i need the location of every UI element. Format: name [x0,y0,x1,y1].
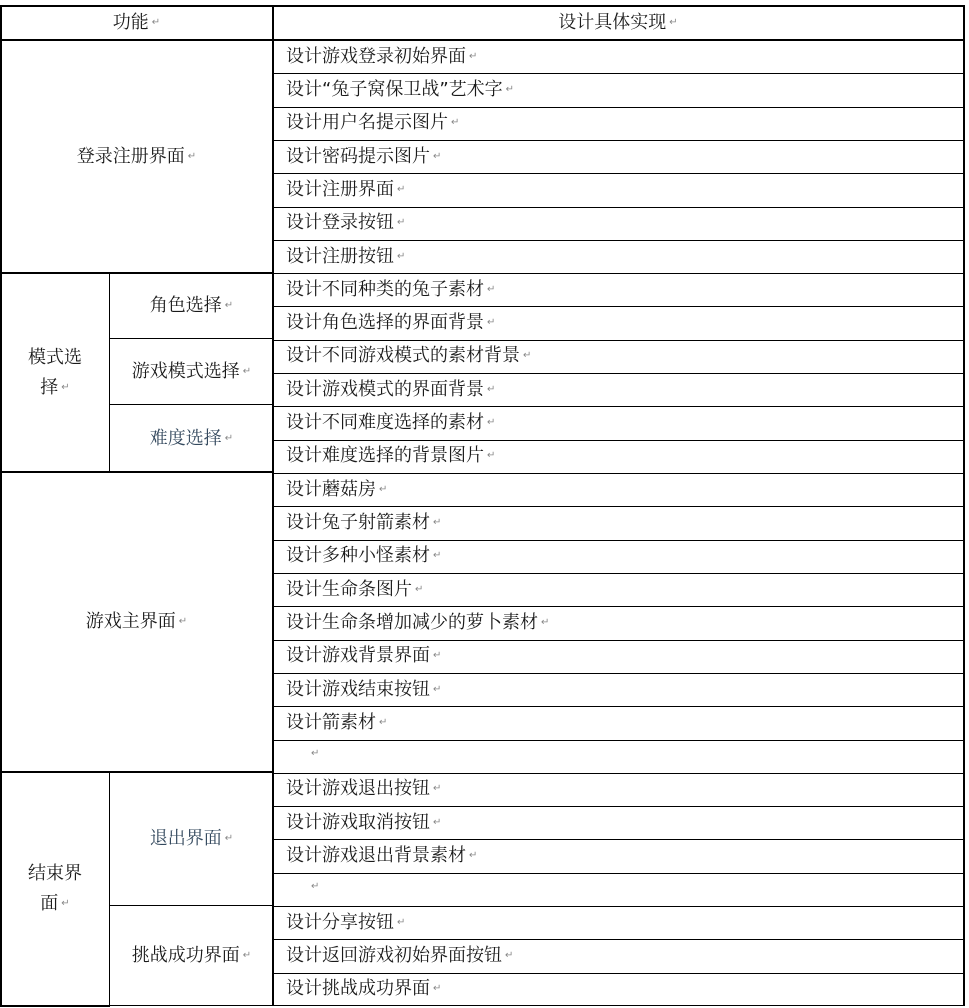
implementation-row: 设计游戏退出按钮↵ [273,773,963,806]
implementation-text: 设计生命条增加减少的萝卜素材 [286,608,538,638]
row-divider [273,207,963,208]
table-border [0,272,273,274]
paragraph-mark-icon: ↵ [433,974,441,1004]
paragraph-mark-icon: ↵ [669,8,677,38]
header-implementation-text: 设计具体实现 [558,8,666,38]
paragraph-mark-icon: ↵ [225,424,233,454]
row-divider [273,140,963,141]
implementation-text: 设计角色选择的界面背景 [286,308,484,338]
row-divider [273,406,963,407]
paragraph-mark-icon: ↵ [451,108,459,138]
implementation-row: 设计不同种类的兔子素材↵ [273,273,963,306]
implementation-text: 设计游戏取消按钮 [286,808,430,838]
implementation-row: ↵ [273,740,963,773]
implementation-text: 设计密码提示图片 [286,142,430,172]
row-divider [273,939,963,940]
row-divider [273,73,963,74]
paragraph-mark-icon: ↵ [433,508,441,538]
group-label-line1: 模式选 [28,343,82,373]
implementation-row: 设计不同游戏模式的素材背景↵ [273,340,963,373]
implementation-row: 设计角色选择的界面背景↵ [273,306,963,339]
paragraph-mark-icon: ↵ [243,357,251,387]
table-border [0,1005,110,1007]
implementation-text: 设计游戏模式的界面背景 [286,375,484,405]
table-border [110,1005,963,1006]
header-function-text: 功能 [113,8,149,38]
group-mode-select-label: 模式选择↵ [0,273,110,472]
paragraph-mark-icon: ↵ [311,739,319,769]
paragraph-mark-icon: ↵ [61,382,69,393]
table-border [0,5,2,1006]
group-end-screen-label: 结束界面↵ [0,772,110,1006]
table-border [110,404,273,405]
paragraph-mark-icon: ↵ [506,75,514,105]
implementation-row: 设计“兔子窝保卫战”艺术字↵ [273,73,963,106]
row-divider [273,673,963,674]
group-label-text: 登录注册界面 [77,142,185,172]
implementation-text: 设计“兔子窝保卫战”艺术字 [286,75,503,105]
implementation-text: 设计蘑菇房 [286,475,376,505]
implementation-row: 设计箭素材↵ [273,706,963,739]
implementation-row: 设计用户名提示图片↵ [273,107,963,140]
paragraph-mark-icon: ↵ [243,941,251,971]
implementation-row: 设计游戏退出背景素材↵ [273,839,963,872]
implementation-row: 设计注册界面↵ [273,173,963,206]
implementation-row: 设计游戏结束按钮↵ [273,673,963,706]
implementation-row: 设计蘑菇房↵ [273,473,963,506]
paragraph-mark-icon: ↵ [397,242,405,272]
implementation-text: 设计不同游戏模式的素材背景 [286,341,520,371]
implementation-row: 设计游戏模式的界面背景↵ [273,373,963,406]
implementation-row: 设计难度选择的背景图片↵ [273,440,963,473]
paragraph-mark-icon: ↵ [433,142,441,172]
table-border [110,338,273,339]
table-border [963,5,965,1006]
sub-success-screen-label: 挑战成功界面↵ [110,906,273,1006]
table-border [0,471,273,473]
paragraph-mark-icon: ↵ [379,708,387,738]
implementation-text: 设计注册按钮 [286,242,394,272]
paragraph-mark-icon: ↵ [152,8,160,38]
paragraph-mark-icon: ↵ [188,142,196,172]
implementation-text: 设计游戏登录初始界面 [286,42,466,72]
implementation-row: 设计返回游戏初始界面按钮↵ [273,939,963,972]
header-implementation: 设计具体实现↵ [273,6,963,40]
table-border [109,771,110,1007]
row-divider [273,606,963,607]
row-divider [273,540,963,541]
row-divider [273,706,963,707]
implementation-text: 设计返回游戏初始界面按钮 [286,941,502,971]
implementation-row: 设计游戏登录初始界面↵ [273,40,963,73]
implementation-text: 设计箭素材 [286,708,376,738]
row-divider [273,873,963,874]
paragraph-mark-icon: ↵ [433,675,441,705]
implementation-row: 设计挑战成功界面↵ [273,973,963,1006]
paragraph-mark-icon: ↵ [433,808,441,838]
paragraph-mark-icon: ↵ [397,208,405,238]
implementation-text: 设计注册界面 [286,175,394,205]
table-border [110,905,273,906]
sub-exit-screen-label: 退出界面↵ [110,772,273,906]
implementation-text: 设计多种小怪素材 [286,541,430,571]
table-border [0,771,273,773]
implementation-text: 设计用户名提示图片 [286,108,448,138]
row-divider [273,973,963,974]
implementation-row: 设计分享按钮↵ [273,906,963,939]
row-divider [273,173,963,174]
row-divider [273,506,963,507]
row-divider [273,107,963,108]
row-divider [273,306,963,307]
table-border [109,272,110,472]
implementation-text: 设计不同难度选择的素材 [286,408,484,438]
paragraph-mark-icon: ↵ [433,641,441,671]
implementation-text: 设计不同种类的兔子素材 [286,275,484,305]
row-divider [273,740,963,741]
implementation-text: 设计登录按钮 [286,208,394,238]
paragraph-mark-icon: ↵ [179,607,187,637]
group-main-game-label: 游戏主界面↵ [0,472,273,772]
implementation-row: 设计生命条图片↵ [273,573,963,606]
implementation-text: 设计游戏退出按钮 [286,774,430,804]
implementation-row: 设计游戏背景界面↵ [273,640,963,673]
paragraph-mark-icon: ↵ [487,308,495,338]
implementation-text: 设计游戏背景界面 [286,641,430,671]
row-divider [273,340,963,341]
paragraph-mark-icon: ↵ [415,575,423,605]
implementation-row: ↵ [273,873,963,906]
row-divider [273,839,963,840]
paragraph-mark-icon: ↵ [225,291,233,321]
table-border [0,5,965,7]
paragraph-mark-icon: ↵ [487,275,495,305]
paragraph-mark-icon: ↵ [487,408,495,438]
group-label-line2: 面↵ [40,889,69,919]
row-divider [273,373,963,374]
paragraph-mark-icon: ↵ [523,341,531,371]
paragraph-mark-icon: ↵ [541,608,549,638]
row-divider [273,573,963,574]
sub-game-mode-label: 游戏模式选择↵ [110,339,273,405]
row-divider [273,640,963,641]
row-divider [273,906,963,907]
group-login-label: 登录注册界面↵ [0,40,273,273]
paragraph-mark-icon: ↵ [487,441,495,471]
table-border [272,5,274,1006]
group-label-line2: 择↵ [40,373,69,403]
implementation-text: 设计挑战成功界面 [286,974,430,1004]
implementation-row: 设计游戏取消按钮↵ [273,806,963,839]
row-divider [273,240,963,241]
sub-difficulty-label: 难度选择↵ [110,405,273,472]
table-border [0,39,965,41]
sub-role-select-label: 角色选择↵ [110,273,273,339]
paragraph-mark-icon: ↵ [469,42,477,72]
row-divider [273,473,963,474]
paragraph-mark-icon: ↵ [61,898,69,909]
implementation-text: 设计游戏退出背景素材 [286,841,466,871]
paragraph-mark-icon: ↵ [469,841,477,871]
implementation-row: 设计不同难度选择的素材↵ [273,406,963,439]
paragraph-mark-icon: ↵ [433,774,441,804]
paragraph-mark-icon: ↵ [311,872,319,902]
paragraph-mark-icon: ↵ [397,908,405,938]
paragraph-mark-icon: ↵ [505,941,513,971]
implementation-row: 设计注册按钮↵ [273,240,963,273]
row-divider [273,806,963,807]
paragraph-mark-icon: ↵ [379,475,387,505]
group-label-line1: 结束界 [28,859,82,889]
implementation-text: 设计难度选择的背景图片 [286,441,484,471]
implementation-row: 设计密码提示图片↵ [273,140,963,173]
row-divider [273,440,963,441]
implementation-row: 设计多种小怪素材↵ [273,540,963,573]
paragraph-mark-icon: ↵ [487,375,495,405]
row-divider [273,273,963,274]
header-function: 功能↵ [0,6,273,40]
implementation-row: 设计登录按钮↵ [273,207,963,240]
paragraph-mark-icon: ↵ [225,824,233,854]
row-divider [273,773,963,774]
paragraph-mark-icon: ↵ [397,175,405,205]
implementation-text: 设计游戏结束按钮 [286,675,430,705]
implementation-text: 设计兔子射箭素材 [286,508,430,538]
implementation-row: 设计兔子射箭素材↵ [273,506,963,539]
implementation-text: 设计生命条图片 [286,575,412,605]
paragraph-mark-icon: ↵ [433,541,441,571]
implementation-row: 设计生命条增加减少的萝卜素材↵ [273,606,963,639]
implementation-text: 设计分享按钮 [286,908,394,938]
